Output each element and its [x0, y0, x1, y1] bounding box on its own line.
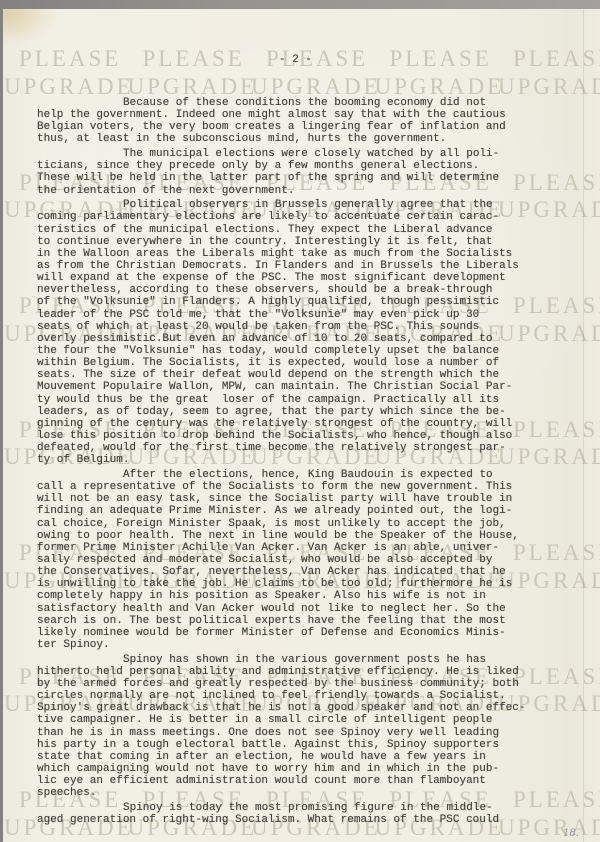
text-line: his party in a tough electoral battle. A… [37, 739, 600, 751]
text-line: sally respected and moderate Socialist, … [37, 554, 600, 566]
text-line: Mouvement Populaire Wallon, MPW, can mai… [37, 381, 600, 393]
paragraph: The municipal elections were closely wat… [37, 148, 600, 197]
watermark-word: UPGRADE [128, 75, 258, 98]
text-line: These will be held in the latter part of… [37, 172, 600, 184]
text-line: the Conservatives. Sofar, nevertheless, … [37, 566, 600, 578]
paragraph: Because of these conditions the booming … [37, 97, 600, 146]
paragraph: Political observers in Brussels generall… [37, 199, 600, 466]
text-line: owing to poor health. The next in line w… [37, 530, 600, 542]
text-line: leaders, as of today, seem to agree, tha… [37, 406, 600, 418]
text-line: in the Walloon areas the Liberals might … [37, 248, 600, 260]
text-line: of the "Volksunie" in Flanders. A highly… [37, 296, 600, 308]
watermark-word: UPGRADE [375, 75, 505, 98]
text-line: circles normally are not inclined to fee… [37, 690, 600, 702]
text-line: teristics of the municipal elections. Th… [37, 224, 600, 236]
text-line: tive campaigner. He is better in a small… [37, 714, 600, 726]
text-line: Because of these conditions the booming … [37, 97, 600, 109]
text-line: Spinoy has shown in the various governme… [37, 654, 600, 666]
text-line: than he is in mass meetings. One does no… [37, 727, 600, 739]
text-line: the orientation of the next government. [37, 185, 600, 197]
document-page: PLEASEUPGRADEPLEASEUPGRADEPLEASEUPGRADEP… [3, 9, 600, 842]
text-line: ticians, since they precede only by a fe… [37, 160, 600, 172]
text-line: as from the Christian Democrats. In Flan… [37, 260, 600, 272]
handwritten-page-mark: 18. [563, 828, 579, 839]
text-line: likely nominee would be former Minister … [37, 627, 600, 639]
paragraph: Spinoy is today the most promising figur… [37, 802, 600, 826]
text-line: overly pessimistic.But even an advance o… [37, 333, 600, 345]
text-line: lose this position to drop behind the So… [37, 430, 600, 442]
text-line: by the armed forces and greatly respecte… [37, 678, 600, 690]
text-line: nevertheless, according to these observe… [37, 284, 600, 296]
text-line: state that coming in after an election, … [37, 751, 600, 763]
text-line: search is on. The best political experts… [37, 615, 600, 627]
text-line: Spinoy is today the most promising figur… [37, 802, 600, 814]
watermark-word: PLEASE [19, 47, 121, 70]
text-line: call a representative of the Socialists … [37, 481, 600, 493]
text-line: ginning of the century was the relativel… [37, 418, 600, 430]
text-line: coming parliamentary elections are likel… [37, 211, 600, 223]
text-line: leader of the PSC told me, that the "Vol… [37, 309, 600, 321]
text-line: will expand at the expense of the PSC. T… [37, 272, 600, 284]
scanner-background: { "document": { "page_number": "- 2 -", … [0, 0, 600, 842]
watermark-word: PLEASE [513, 47, 600, 70]
text-line: defeated, would for the first time becom… [37, 442, 600, 454]
text-line: the four the "Volksunie" has today, woul… [37, 345, 600, 357]
page-number: - 2 - [279, 54, 312, 66]
text-line: will not be an easy task, since the Soci… [37, 493, 600, 505]
text-line: to continue everywhere in the country. I… [37, 236, 600, 248]
text-line: former Prime Minister Achille Van Acker.… [37, 542, 600, 554]
text-line: satisfactory health and Van Acker would … [37, 603, 600, 615]
watermark-word: PLEASE [143, 47, 245, 70]
text-line: ter Spinoy. [37, 639, 600, 651]
text-line: Spinoy's great drawback is that he is no… [37, 702, 600, 714]
watermark-word: UPGRADE [251, 75, 381, 98]
paragraph: After the elections, hence, King Baudoui… [37, 469, 600, 651]
text-line: speeches. [37, 787, 600, 799]
text-line: cal choice, Foreign Minister Spaak, is m… [37, 518, 600, 530]
text-line: which campaigning would not have to worr… [37, 763, 600, 775]
text-line: Belgian voters, the very boom creates a … [37, 121, 600, 133]
text-line: ty of Belgium. [37, 454, 600, 466]
text-line: After the elections, hence, King Baudoui… [37, 469, 600, 481]
text-line: seats of which at least 20 would be take… [37, 321, 600, 333]
watermark-word: PLEASE [390, 47, 492, 70]
text-line: finding an adequate Prime Minister. As w… [37, 505, 600, 517]
text-line: lic eye an efficient administration woul… [37, 775, 600, 787]
text-line: is unwilling to take the job. He claims … [37, 578, 600, 590]
text-line: thus, at least in the subconscious mind,… [37, 133, 600, 145]
text-line: ty would thus be the great loser of the … [37, 394, 600, 406]
text-line: within Belgium. The Socialists, it is ex… [37, 357, 600, 369]
text-line: seats. The size of their defeat would de… [37, 369, 600, 381]
text-line: Political observers in Brussels generall… [37, 199, 600, 211]
text-line: completely happy in his position as Spea… [37, 590, 600, 602]
document-body-text: Because of these conditions the booming … [37, 97, 600, 829]
text-line: help the government. Indeed one might al… [37, 109, 600, 121]
text-line: hitherto held personal ability and admin… [37, 666, 600, 678]
watermark-word: UPGRADE [4, 75, 134, 98]
text-line: The municipal elections were closely wat… [37, 148, 600, 160]
watermark-word: UPGRADE [498, 75, 600, 98]
paragraph: Spinoy has shown in the various governme… [37, 654, 600, 800]
text-line: aged generation of right-wing Socialism.… [37, 814, 600, 826]
